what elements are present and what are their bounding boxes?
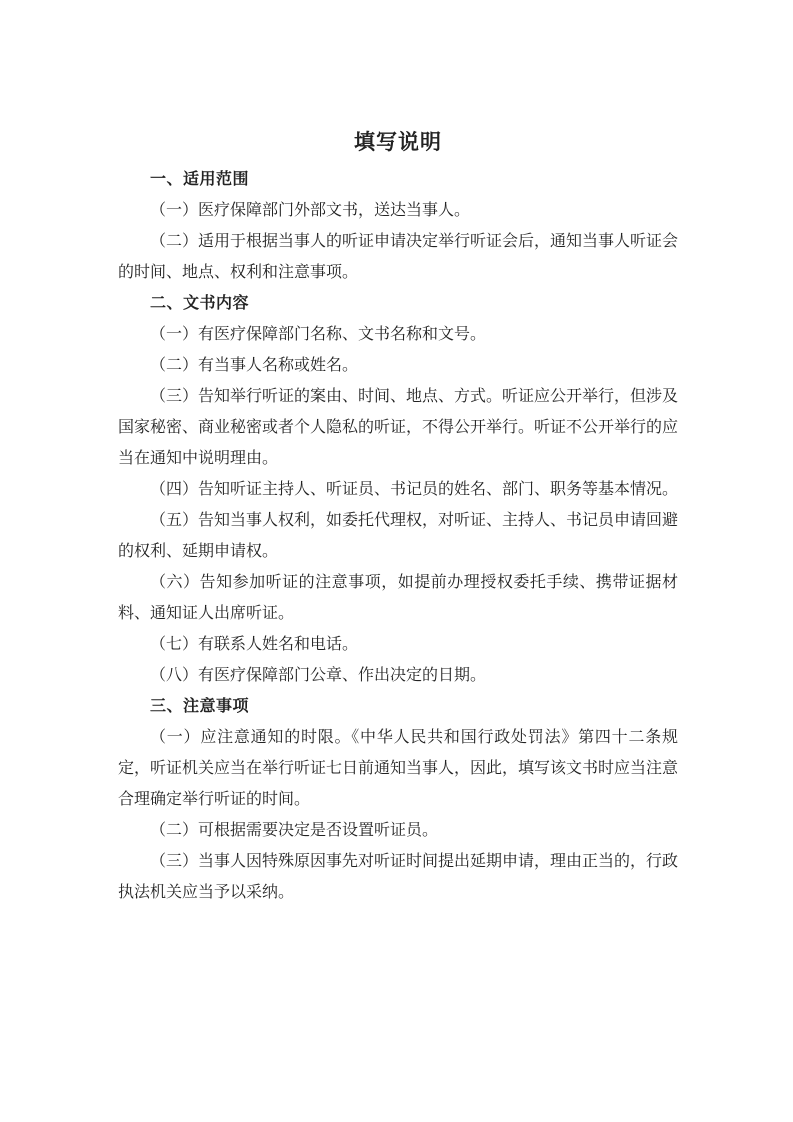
paragraph-content-2: （二）有当事人名称或姓名。 — [118, 350, 678, 381]
paragraph-notes-1: （一）应注意通知的时限。《中华人民共和国行政处罚法》第四十二条规定，听证机关应当… — [118, 722, 678, 815]
paragraph-content-5: （五）告知当事人权利，如委托代理权，对听证、主持人、书记员申请回避的权利、延期申… — [118, 505, 678, 567]
document-page: 填写说明 一、适用范围 （一）医疗保障部门外部文书，送达当事人。 （二）适用于根… — [0, 0, 793, 1122]
paragraph-content-1: （一）有医疗保障部门名称、文书名称和文号。 — [118, 319, 678, 350]
paragraph-content-6: （六）告知参加听证的注意事项，如提前办理授权委托手续、携带证据材料、通知证人出席… — [118, 567, 678, 629]
section-heading-notes: 三、注意事项 — [118, 691, 678, 722]
paragraph-content-3: （三）告知举行听证的案由、时间、地点、方式。听证应公开举行，但涉及国家秘密、商业… — [118, 381, 678, 474]
paragraph-content-7: （七）有联系人姓名和电话。 — [118, 629, 678, 660]
paragraph-content-8: （八）有医疗保障部门公章、作出决定的日期。 — [118, 660, 678, 691]
paragraph-notes-3: （三）当事人因特殊原因事先对听证时间提出延期申请，理由正当的，行政执法机关应当予… — [118, 846, 678, 908]
document-body: 一、适用范围 （一）医疗保障部门外部文书，送达当事人。 （二）适用于根据当事人的… — [118, 164, 678, 908]
document-title: 填写说明 — [118, 128, 678, 156]
paragraph-content-4: （四）告知听证主持人、听证员、书记员的姓名、部门、职务等基本情况。 — [118, 474, 678, 505]
paragraph-notes-2: （二）可根据需要决定是否设置听证员。 — [118, 815, 678, 846]
section-heading-scope: 一、适用范围 — [118, 164, 678, 195]
paragraph-scope-1: （一）医疗保障部门外部文书，送达当事人。 — [118, 195, 678, 226]
section-heading-content: 二、文书内容 — [118, 288, 678, 319]
paragraph-scope-2: （二）适用于根据当事人的听证申请决定举行听证会后，通知当事人听证会的时间、地点、… — [118, 226, 678, 288]
